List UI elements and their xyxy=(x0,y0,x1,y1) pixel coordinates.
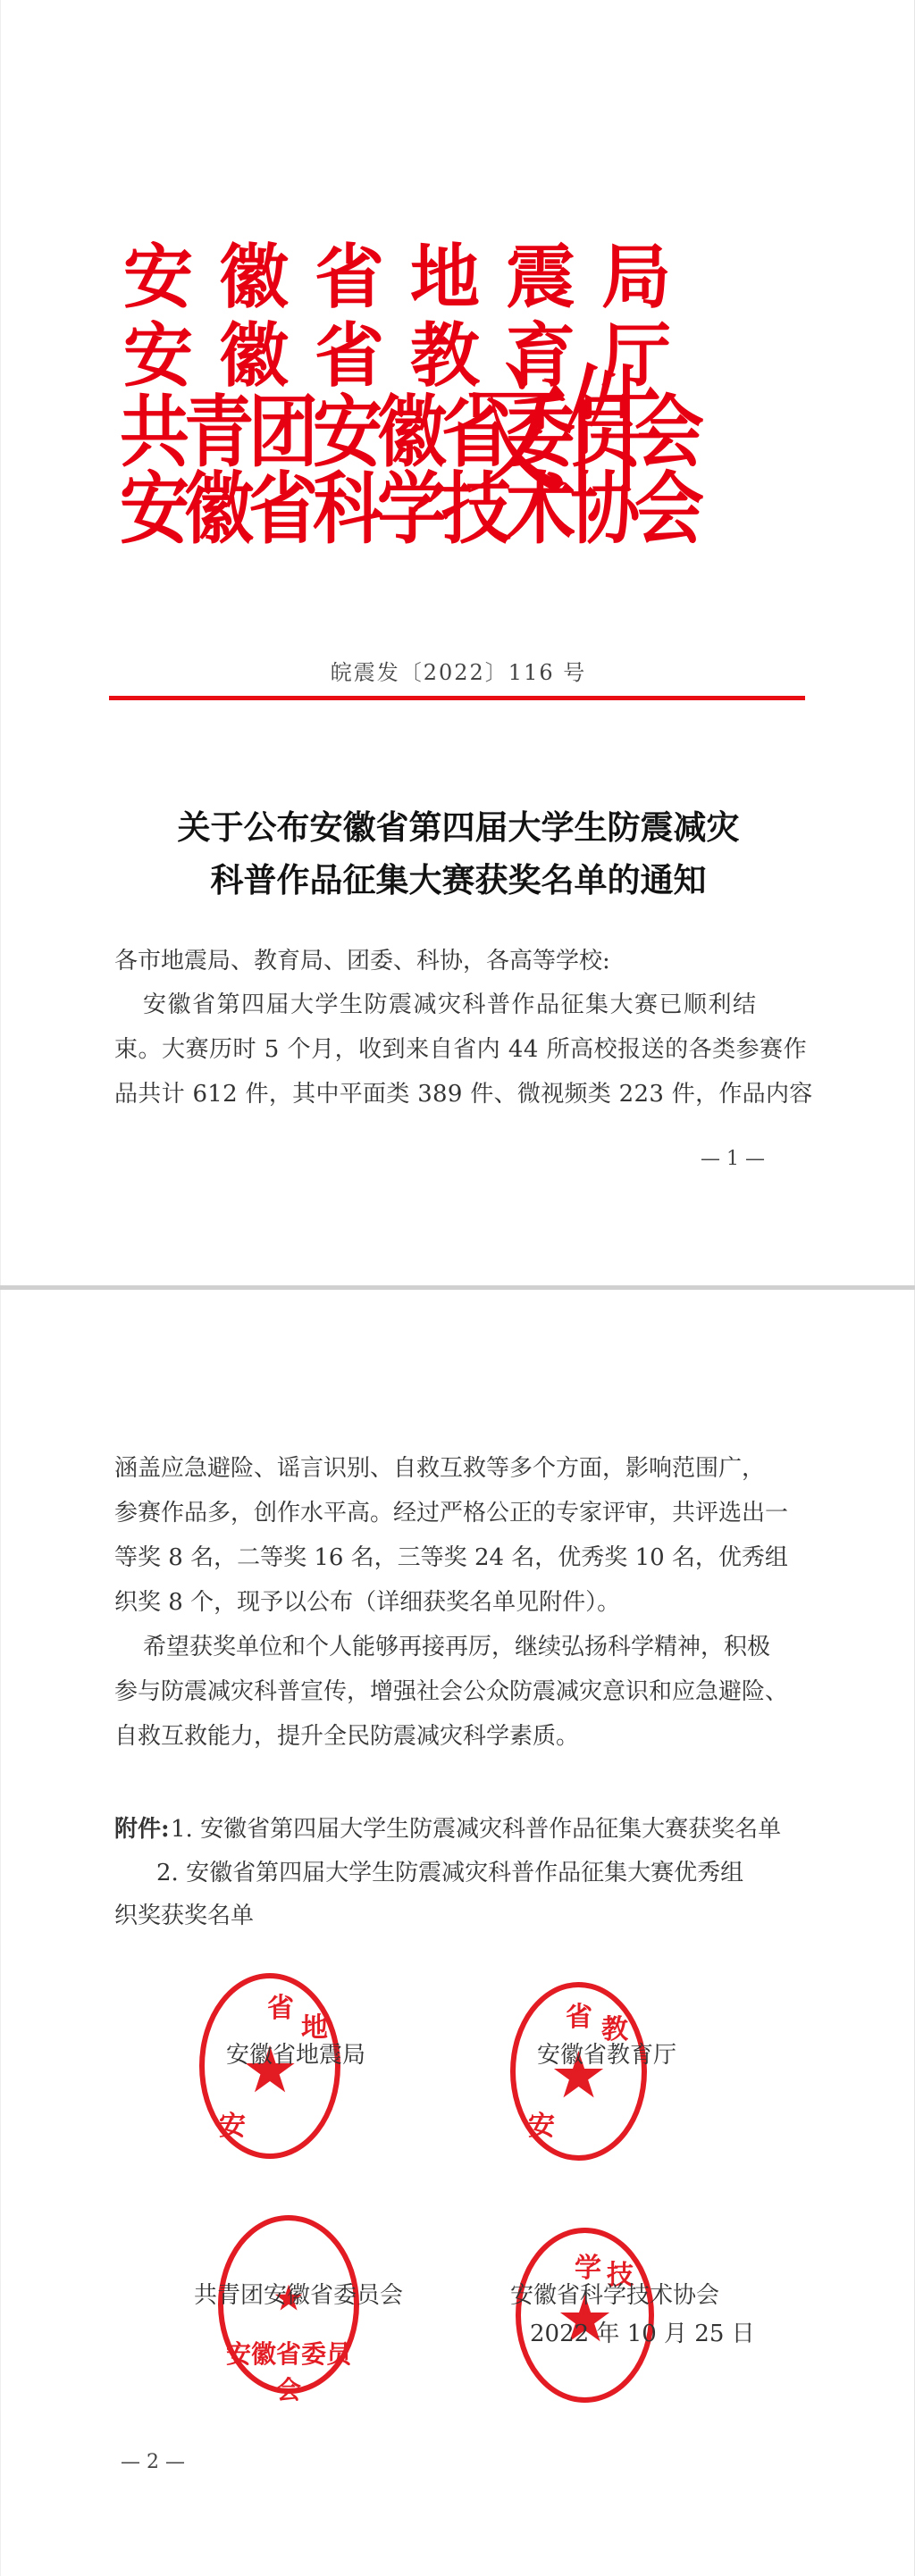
attachments-label: 附件: xyxy=(114,1818,170,1841)
header-suffix-wenjian: 文件 xyxy=(464,317,657,523)
document-page-1: 安徽省地震局 安徽省教育厅 共青团安徽省委员会 安徽省科学技术协会 文件 皖震发… xyxy=(0,0,915,1286)
body-line: 等奖 8 名，二等奖 16 名，三等奖 24 名，优秀奖 10 名，优秀组 xyxy=(114,1546,788,1569)
seal-education-dept: ★ 安 省 教 xyxy=(510,1982,647,2161)
document-title-line-2: 科普作品征集大赛获奖名单的通知 xyxy=(1,853,915,901)
body-line: 希望获奖单位和个人能够再接再厉，继续弘扬科学精神，积极 xyxy=(143,1635,770,1659)
body-line: 自救互救能力，提升全民防震减灾科学素质。 xyxy=(114,1725,579,1748)
signature-science-association: 安徽省科学技术协会 xyxy=(510,2277,719,2310)
seal-inner-text: 安徽省委员会 xyxy=(223,2335,354,2406)
page-number-2: — 2 — xyxy=(121,2451,185,2473)
body-line: 参赛作品多，创作水平高。经过严格公正的专家评审，共评选出一 xyxy=(114,1501,788,1525)
body-line: 束。大赛历时 5 个月，收到来自省内 44 所高校报送的各类参赛作 xyxy=(114,1038,807,1061)
body-line: 涵盖应急避险、谣言识别、自救互救等多个方面，影响范围广， xyxy=(114,1457,765,1480)
document-page-2: 涵盖应急避险、谣言识别、自救互救等多个方面，影响范围广， 参赛作品多，创作水平高… xyxy=(0,1290,915,2576)
header-org-earthquake-bureau: 安徽省地震局 xyxy=(123,243,697,313)
issue-date: 2022 年 10 月 25 日 xyxy=(530,2315,755,2348)
signature-education-dept: 安徽省教育厅 xyxy=(537,2037,676,2070)
seal-ring-char: 省 xyxy=(267,1986,294,2025)
document-title-line-1: 关于公布安徽省第四届大学生防震减灾 xyxy=(1,800,915,849)
attachment-item-2-cont: 织奖获奖名单 xyxy=(114,1904,254,1928)
seal-ring-char: 安 xyxy=(528,2103,555,2143)
body-line: 品共计 612 件，其中平面类 389 件、微视频类 223 件，作品内容 xyxy=(114,1083,813,1106)
attachment-item-1: 1. 安徽省第四届大学生防震减灾科普作品征集大赛获奖名单 xyxy=(171,1818,781,1841)
red-divider-rule xyxy=(109,696,805,700)
salutation: 各市地震局、教育局、团委、科协，各高等学校: xyxy=(114,949,610,973)
body-line: 参与防震减灾科普宣传，增强社会公众防震减灾意识和应急避险、 xyxy=(114,1680,788,1703)
signature-earthquake-bureau: 安徽省地震局 xyxy=(226,2037,365,2070)
document-number: 皖震发〔2022〕116 号 xyxy=(1,655,915,686)
body-line: 织奖 8 个，现予以公布（详细获奖名单见附件）。 xyxy=(114,1591,620,1614)
attachment-item-2: 2. 安徽省第四届大学生防震减灾科普作品征集大赛优秀组 xyxy=(156,1861,743,1885)
signature-youth-league: 共青团安徽省委员会 xyxy=(194,2277,403,2310)
seal-ring-char: 安 xyxy=(219,2103,246,2143)
body-line: 安徽省第四届大学生防震减灾科普作品征集大赛已顺利结 xyxy=(143,993,758,1016)
seal-ring-char: 省 xyxy=(566,1995,592,2034)
page-number-1: — 1 — xyxy=(701,1148,765,1170)
